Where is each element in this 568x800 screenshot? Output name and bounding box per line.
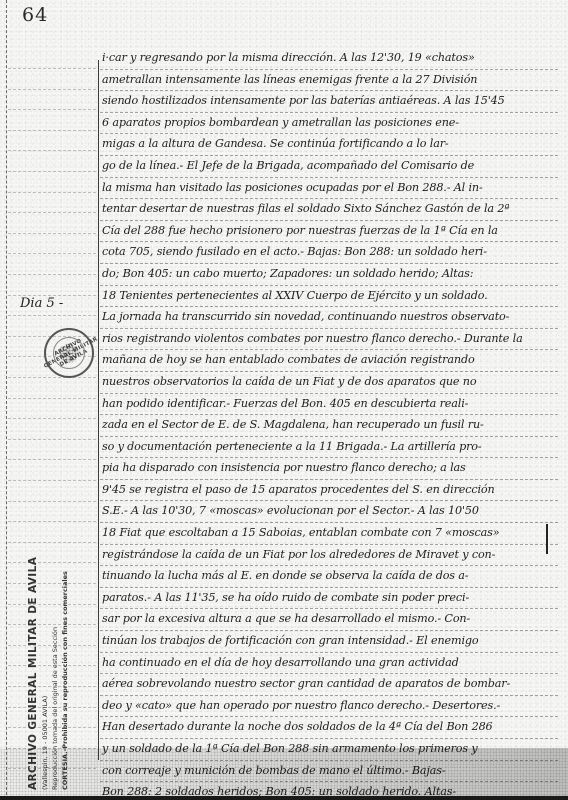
- text-line: paratos.- A las 11'35, se ha oído ruido …: [100, 588, 558, 610]
- ruled-line: [8, 233, 96, 234]
- margin-rule: [98, 60, 99, 760]
- ruled-line: [8, 89, 96, 90]
- page-number: 64: [22, 4, 48, 26]
- scan-shadow: [0, 748, 568, 800]
- ruled-line: [8, 68, 96, 69]
- text-line: so y documentación perteneciente a la 11…: [100, 437, 558, 459]
- text-line: han podido identificar.- Fuerzas del Bon…: [100, 394, 558, 416]
- archive-notice: ARCHIVO GENERAL MILITAR DE AVILA (Valles…: [26, 410, 70, 790]
- ruled-line: [8, 150, 96, 151]
- text-line: siendo hostilizados intensamente por las…: [100, 91, 558, 113]
- text-line: 6 aparatos propios bombardean y ametrall…: [100, 113, 558, 135]
- text-line: do; Bon 405: un cabo muerto; Zapadores: …: [100, 264, 558, 286]
- text-line: ametrallan intensamente las líneas enemi…: [100, 70, 558, 92]
- text-line: rios registrando violentos combates por …: [100, 329, 558, 351]
- ruled-line: [8, 315, 96, 316]
- ruled-line: [8, 171, 96, 172]
- archive-notice-courtesy: CORTESIA.-Prohibida su reproducción con …: [60, 410, 70, 790]
- page-bottom-edge: [0, 796, 568, 800]
- text-line: la misma han visitado las posiciones ocu…: [100, 178, 558, 200]
- ruled-line: [8, 212, 96, 213]
- ruled-line: [8, 253, 96, 254]
- margin-day-label: Dia 5 -: [20, 296, 63, 311]
- ruled-line: [8, 130, 96, 131]
- archive-notice-reproduction: Reproducción tomada del original de esta…: [50, 410, 60, 790]
- text-line: ha continuado en el día de hoy desarroll…: [100, 653, 558, 675]
- text-line: nuestros observatorios la caída de un Fi…: [100, 372, 558, 394]
- text-line: cota 705, siendo fusilado en el acto.- B…: [100, 242, 558, 264]
- text-line: 18 Fiat que escoltaban a 15 Saboias, ent…: [100, 523, 558, 545]
- text-line: zada en el Sector de E. de S. Magdalena,…: [100, 415, 558, 437]
- text-line: sar por la excesiva altura a que se ha d…: [100, 609, 558, 631]
- handwritten-text-body: i·car y regresando por la misma direcció…: [100, 48, 558, 800]
- text-line: i·car y regresando por la misma direcció…: [100, 48, 558, 70]
- text-line: 18 Tenientes pertenecientes al XXIV Cuer…: [100, 286, 558, 308]
- page-left-edge: [6, 0, 8, 800]
- ruled-line: [8, 109, 96, 110]
- margin-mark: [546, 524, 548, 554]
- text-line: go de la línea.- El Jefe de la Brigada, …: [100, 156, 558, 178]
- ruled-line: [8, 398, 96, 399]
- text-line: deo y «cato» que han operado por nuestro…: [100, 696, 558, 718]
- ruled-line: [8, 192, 96, 193]
- text-line: Cía del 288 fue hecho prisionero por nue…: [100, 221, 558, 243]
- ruled-line: [8, 274, 96, 275]
- text-line: migas a la altura de Gandesa. Se continú…: [100, 134, 558, 156]
- text-line: aérea sobrevolando nuestro sector gran c…: [100, 674, 558, 696]
- text-line: Han desertado durante la noche dos solda…: [100, 717, 558, 739]
- archive-stamp: ARCHIVO GENERAL MILITAR DE AVILA: [44, 328, 94, 378]
- ruled-line: [8, 377, 96, 378]
- text-line: registrándose la caída de un Fiat por lo…: [100, 545, 558, 567]
- text-line: tinúan los trabajos de fortificación con…: [100, 631, 558, 653]
- text-line: tinuando la lucha más al E. en donde se …: [100, 566, 558, 588]
- archive-notice-address: (Vallespin, 19 - 05001 AVILA): [40, 410, 50, 790]
- document-page: 64 Dia 5 - ARCHIVO GENERAL MILITAR DE AV…: [0, 0, 568, 800]
- text-line: pia ha disparado con insistencia por nue…: [100, 458, 558, 480]
- archive-notice-title: ARCHIVO GENERAL MILITAR DE AVILA: [26, 410, 40, 790]
- text-line: mañana de hoy se han entablado combates …: [100, 350, 558, 372]
- text-line: La jornada ha transcurrido sin novedad, …: [100, 307, 558, 329]
- text-line: 9'45 se registra el paso de 15 aparatos …: [100, 480, 558, 502]
- text-line: tentar desertar de nuestras filas el sol…: [100, 199, 558, 221]
- text-line: S.E.- A las 10'30, 7 «moscas» evoluciona…: [100, 501, 558, 523]
